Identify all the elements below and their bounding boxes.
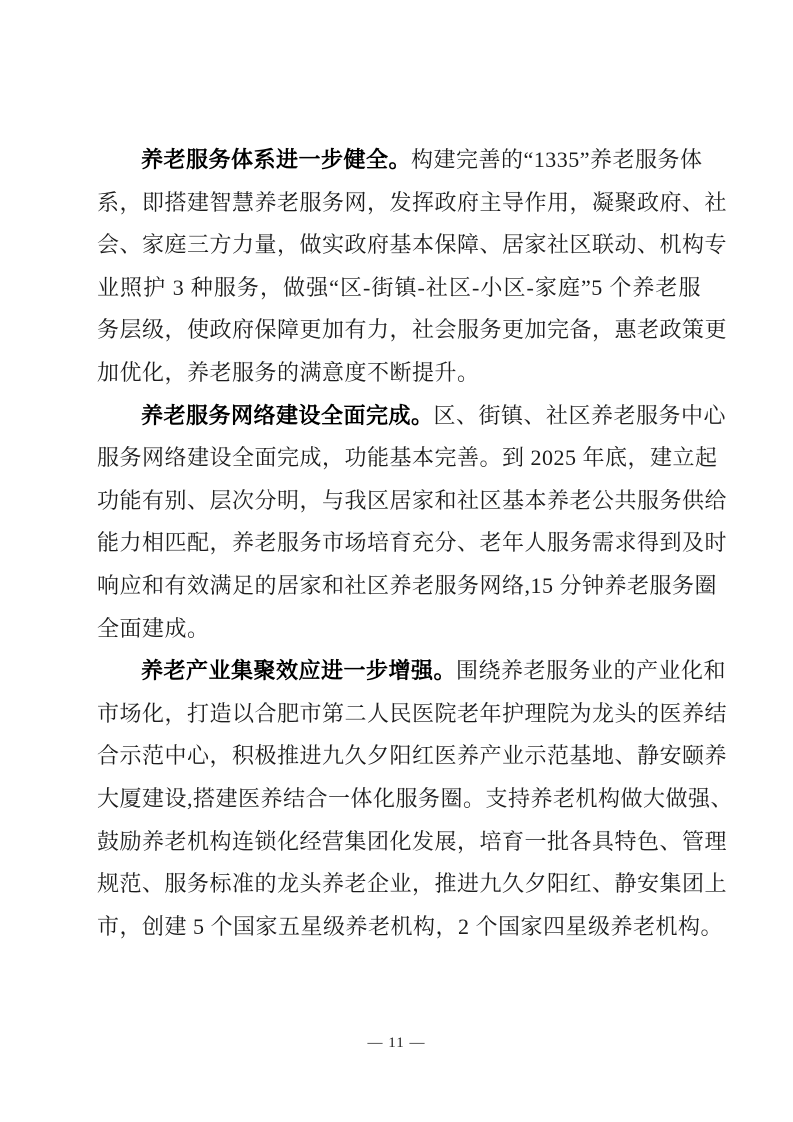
line-text: 功能有别、层次分明，与我区居家和社区基本养老公共服务供给 [97,488,727,513]
text-line: 系，即搭建智慧养老服务网，发挥政府主导作用，凝聚政府、社 [97,182,701,225]
page-footer: — 11 — [0,1032,793,1054]
line-text: 合示范中心，积极推进九久夕阳红医养产业示范基地、静安颐养 [97,743,727,768]
line-text: 能力相匹配，养老服务市场培育充分、老年人服务需求得到及时 [97,530,727,555]
text-line: 鼓励养老机构连锁化经营集团化发展，培育一批各具特色、管理 [97,821,701,864]
text-line: 务层级，使政府保障更加有力，社会服务更加完备，惠老政策更 [97,309,701,352]
line-text: 会、家庭三方力量，做实政府基本保障、居家社区联动、机构专 [97,232,727,257]
text-line: 加优化，养老服务的满意度不断提升。 [97,352,701,395]
text-line: 服务网络建设全面完成，功能基本完善。到 2025 年底，建立起 [97,437,701,480]
line-text: 全面建成。 [97,616,210,641]
line-text: 务层级，使政府保障更加有力，社会服务更加完备，惠老政策更 [97,317,727,342]
text-line: 业照护 3 种服务，做强“区-街镇-社区-小区-家庭”5 个养老服 [97,267,701,310]
text-line: 会、家庭三方力量，做实政府基本保障、居家社区联动、机构专 [97,224,701,267]
text-line: 养老服务网络建设全面完成。区、街镇、社区养老服务中心 [97,395,701,438]
line-text: 区、街镇、社区养老服务中心 [434,403,727,428]
text-line: 市场化，打造以合肥市第二人民医院老年护理院为龙头的医养结 [97,693,701,736]
line-text: 构建完善的“1335”养老服务体 [411,147,703,172]
text-line: 响应和有效满足的居家和社区养老服务网络,15 分钟养老服务圈 [97,565,701,608]
text-line: 能力相匹配，养老服务市场培育充分、老年人服务需求得到及时 [97,522,701,565]
line-text: 市，创建 5 个国家五星级养老机构，2 个国家四星级养老机构。 [97,914,723,939]
text-line: 养老服务体系进一步健全。构建完善的“1335”养老服务体 [97,139,701,182]
text-line: 规范、服务标准的龙头养老企业，推进九久夕阳红、静安集团上 [97,863,701,906]
line-text: 系，即搭建智慧养老服务网，发挥政府主导作用，凝聚政府、社 [97,190,727,215]
text-line: 全面建成。 [97,608,701,651]
paragraph: 养老产业集聚效应进一步增强。围绕养老服务业的产业化和市场化，打造以合肥市第二人民… [97,650,701,948]
line-text: 服务网络建设全面完成，功能基本完善。到 2025 年底，建立起 [97,445,718,470]
line-text: 规范、服务标准的龙头养老企业，推进九久夕阳红、静安集团上 [97,871,727,896]
line-text: 响应和有效满足的居家和社区养老服务网络,15 分钟养老服务圈 [97,573,717,598]
line-text: 业照护 3 种服务，做强“区-街镇-社区-小区-家庭”5 个养老服 [97,275,701,300]
text-line: 合示范中心，积极推进九久夕阳红医养产业示范基地、静安颐养 [97,735,701,778]
paragraph: 养老服务体系进一步健全。构建完善的“1335”养老服务体系，即搭建智慧养老服务网… [97,139,701,395]
paragraph: 养老服务网络建设全面完成。区、街镇、社区养老服务中心服务网络建设全面完成，功能基… [97,395,701,651]
paragraph-heading: 养老服务网络建设全面完成。 [141,403,434,428]
page-background: 养老服务体系进一步健全。构建完善的“1335”养老服务体系，即搭建智慧养老服务网… [0,0,793,1122]
document-page: { "page": { "background": "#ffffff", "te… [0,0,793,1122]
line-text: 市场化，打造以合肥市第二人民医院老年护理院为龙头的医养结 [97,701,727,726]
page-number: — 11 — [368,1035,426,1051]
line-text: 围绕养老服务业的产业化和 [456,658,726,683]
line-text: 加优化，养老服务的满意度不断提升。 [97,360,480,385]
paragraph-heading: 养老服务体系进一步健全。 [141,147,411,172]
paragraph-heading: 养老产业集聚效应进一步增强。 [141,658,456,683]
line-text: 大厦建设,搭建医养结合一体化服务圈。支持养老机构做大做强、 [97,786,733,811]
text-line: 市，创建 5 个国家五星级养老机构，2 个国家四星级养老机构。 [97,906,701,949]
text-line: 大厦建设,搭建医养结合一体化服务圈。支持养老机构做大做强、 [97,778,701,821]
document-body: 养老服务体系进一步健全。构建完善的“1335”养老服务体系，即搭建智慧养老服务网… [97,139,701,948]
text-line: 养老产业集聚效应进一步增强。围绕养老服务业的产业化和 [97,650,701,693]
line-text: 鼓励养老机构连锁化经营集团化发展，培育一批各具特色、管理 [97,829,727,854]
text-line: 功能有别、层次分明，与我区居家和社区基本养老公共服务供给 [97,480,701,523]
